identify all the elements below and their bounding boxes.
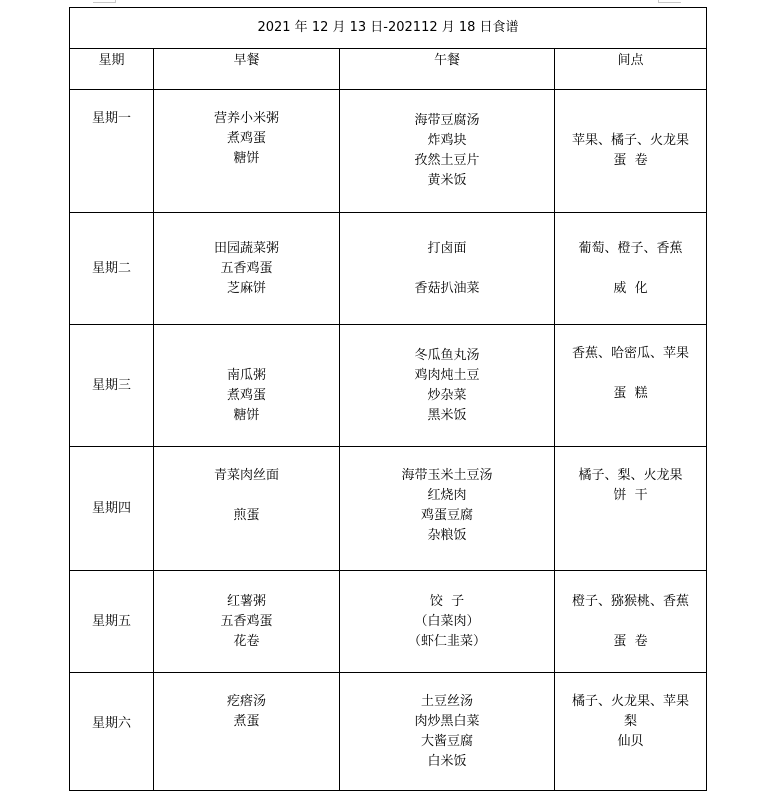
lunch-item: 白米饭: [340, 752, 554, 772]
breakfast-cell: 疙瘩汤 煮蛋: [154, 673, 340, 791]
breakfast-item: 煮鸡蛋: [154, 386, 339, 406]
weekday-cell: 星期三: [70, 325, 154, 447]
snack-item: 蛋 卷: [555, 151, 706, 171]
lunch-cell: 海带豆腐汤 炸鸡块 孜然土豆片 黄米饭: [340, 90, 555, 213]
lunch-item: （白菜肉）: [340, 612, 554, 632]
lunch-item: 土豆丝汤: [340, 692, 554, 712]
lunch-cell: 饺 子 （白菜肉） （虾仁韭菜）: [340, 571, 555, 673]
snack-cell: 香蕉、哈密瓜、苹果 蛋 糕: [555, 325, 707, 447]
lunch-item: 红烧肉: [340, 486, 554, 506]
lunch-item: 鸡肉炖土豆: [340, 366, 554, 386]
weekday-cell: 星期五: [70, 571, 154, 673]
lunch-cell: 土豆丝汤 肉炒黑白菜 大酱豆腐 白米饭: [340, 673, 555, 791]
weekday-cell: 星期一: [70, 90, 154, 213]
breakfast-item: 糖饼: [154, 149, 339, 169]
weekday-cell: 星期二: [70, 213, 154, 325]
snack-item: 威 化: [555, 279, 706, 299]
lunch-item: 冬瓜鱼丸汤: [340, 346, 554, 366]
lunch-item: 黄米饭: [340, 171, 554, 191]
breakfast-item: 花卷: [154, 632, 339, 652]
breakfast-cell: 营养小米粥 煮鸡蛋 糖饼: [154, 90, 340, 213]
lunch-item: 杂粮饭: [340, 526, 554, 546]
snack-item: [555, 364, 706, 384]
lunch-cell: 冬瓜鱼丸汤 鸡肉炖土豆 炒杂菜 黑米饭: [340, 325, 555, 447]
breakfast-item: 五香鸡蛋: [154, 259, 339, 279]
snack-item: 蛋 糕: [555, 384, 706, 404]
header-weekday: 星期: [70, 49, 154, 90]
lunch-item: （虾仁韭菜）: [340, 632, 554, 652]
lunch-item: 饺 子: [340, 592, 554, 612]
breakfast-item: 营养小米粥: [154, 109, 339, 129]
snack-item: 橘子、梨、火龙果: [555, 466, 706, 486]
snack-item: 苹果、橘子、火龙果: [555, 131, 706, 151]
breakfast-item: 田园蔬菜粥: [154, 239, 339, 259]
snack-cell: 苹果、橘子、火龙果 蛋 卷: [555, 90, 707, 213]
snack-item: 梨: [555, 712, 706, 732]
table-row-monday: 星期一 营养小米粥 煮鸡蛋 糖饼 海带豆腐汤 炸鸡块 孜然土豆片 黄米饭 苹果、…: [70, 90, 707, 213]
snack-item: 香蕉、哈密瓜、苹果: [555, 344, 706, 364]
page-corner-mark-right: [658, 0, 681, 3]
breakfast-cell: 田园蔬菜粥 五香鸡蛋 芝麻饼: [154, 213, 340, 325]
breakfast-item: 青菜肉丝面: [154, 466, 339, 486]
breakfast-item: 南瓜粥: [154, 366, 339, 386]
lunch-item: 香菇扒油菜: [340, 279, 554, 299]
snack-item: [555, 259, 706, 279]
breakfast-item: 五香鸡蛋: [154, 612, 339, 632]
lunch-item: 海带豆腐汤: [340, 111, 554, 131]
weekday-cell: 星期四: [70, 447, 154, 571]
lunch-item: 炒杂菜: [340, 386, 554, 406]
table-row-thursday: 星期四 青菜肉丝面 煎蛋 海带玉米土豆汤 红烧肉 鸡蛋豆腐 杂粮饭 橘子、梨、火…: [70, 447, 707, 571]
lunch-cell: 打卤面 香菇扒油菜: [340, 213, 555, 325]
breakfast-item: 煎蛋: [154, 506, 339, 526]
breakfast-item: 煮蛋: [154, 712, 339, 732]
snack-cell: 橘子、梨、火龙果 饼 干: [555, 447, 707, 571]
breakfast-item: 疙瘩汤: [154, 692, 339, 712]
weekly-menu-table: 2021 年 12 月 13 日-202112 月 18 日食谱 星期 早餐 午…: [69, 7, 707, 791]
breakfast-cell: 南瓜粥 煮鸡蛋 糖饼: [154, 325, 340, 447]
breakfast-item: 芝麻饼: [154, 279, 339, 299]
lunch-item: 黑米饭: [340, 406, 554, 426]
lunch-item: 孜然土豆片: [340, 151, 554, 171]
menu-title: 2021 年 12 月 13 日-202112 月 18 日食谱: [70, 8, 707, 49]
snack-cell: 葡萄、橙子、香蕉 威 化: [555, 213, 707, 325]
header-row: 星期 早餐 午餐 间点: [70, 49, 707, 90]
snack-item: 橘子、火龙果、苹果: [555, 692, 706, 712]
lunch-item: 大酱豆腐: [340, 732, 554, 752]
snack-item: [555, 612, 706, 632]
breakfast-item: 糖饼: [154, 406, 339, 426]
lunch-item: 炸鸡块: [340, 131, 554, 151]
table-row-wednesday: 星期三 南瓜粥 煮鸡蛋 糖饼 冬瓜鱼丸汤 鸡肉炖土豆 炒杂菜 黑米饭 香蕉、哈密…: [70, 325, 707, 447]
table-row-saturday: 星期六 疙瘩汤 煮蛋 土豆丝汤 肉炒黑白菜 大酱豆腐 白米饭 橘子、火龙果、苹果…: [70, 673, 707, 791]
breakfast-cell: 青菜肉丝面 煎蛋: [154, 447, 340, 571]
snack-item: 橙子、猕猴桃、香蕉: [555, 592, 706, 612]
breakfast-item: [154, 486, 339, 506]
header-lunch: 午餐: [340, 49, 555, 90]
snack-item: 饼 干: [555, 486, 706, 506]
weekday-cell: 星期六: [70, 673, 154, 791]
snack-cell: 橙子、猕猴桃、香蕉 蛋 卷: [555, 571, 707, 673]
lunch-item: 鸡蛋豆腐: [340, 506, 554, 526]
page-corner-mark-left: [93, 0, 116, 3]
snack-item: 仙贝: [555, 732, 706, 752]
table-row-friday: 星期五 红薯粥 五香鸡蛋 花卷 饺 子 （白菜肉） （虾仁韭菜） 橙子、猕猴桃、…: [70, 571, 707, 673]
breakfast-item: 红薯粥: [154, 592, 339, 612]
header-breakfast: 早餐: [154, 49, 340, 90]
table-row-tuesday: 星期二 田园蔬菜粥 五香鸡蛋 芝麻饼 打卤面 香菇扒油菜 葡萄、橙子、香蕉 威 …: [70, 213, 707, 325]
snack-cell: 橘子、火龙果、苹果 梨 仙贝: [555, 673, 707, 791]
lunch-item: 肉炒黑白菜: [340, 712, 554, 732]
lunch-item: [340, 259, 554, 279]
snack-item: 蛋 卷: [555, 632, 706, 652]
header-snack: 间点: [555, 49, 707, 90]
breakfast-cell: 红薯粥 五香鸡蛋 花卷: [154, 571, 340, 673]
breakfast-item: 煮鸡蛋: [154, 129, 339, 149]
snack-item: 葡萄、橙子、香蕉: [555, 239, 706, 259]
lunch-item: 海带玉米土豆汤: [340, 466, 554, 486]
title-row: 2021 年 12 月 13 日-202112 月 18 日食谱: [70, 8, 707, 49]
lunch-cell: 海带玉米土豆汤 红烧肉 鸡蛋豆腐 杂粮饭: [340, 447, 555, 571]
lunch-item: 打卤面: [340, 239, 554, 259]
